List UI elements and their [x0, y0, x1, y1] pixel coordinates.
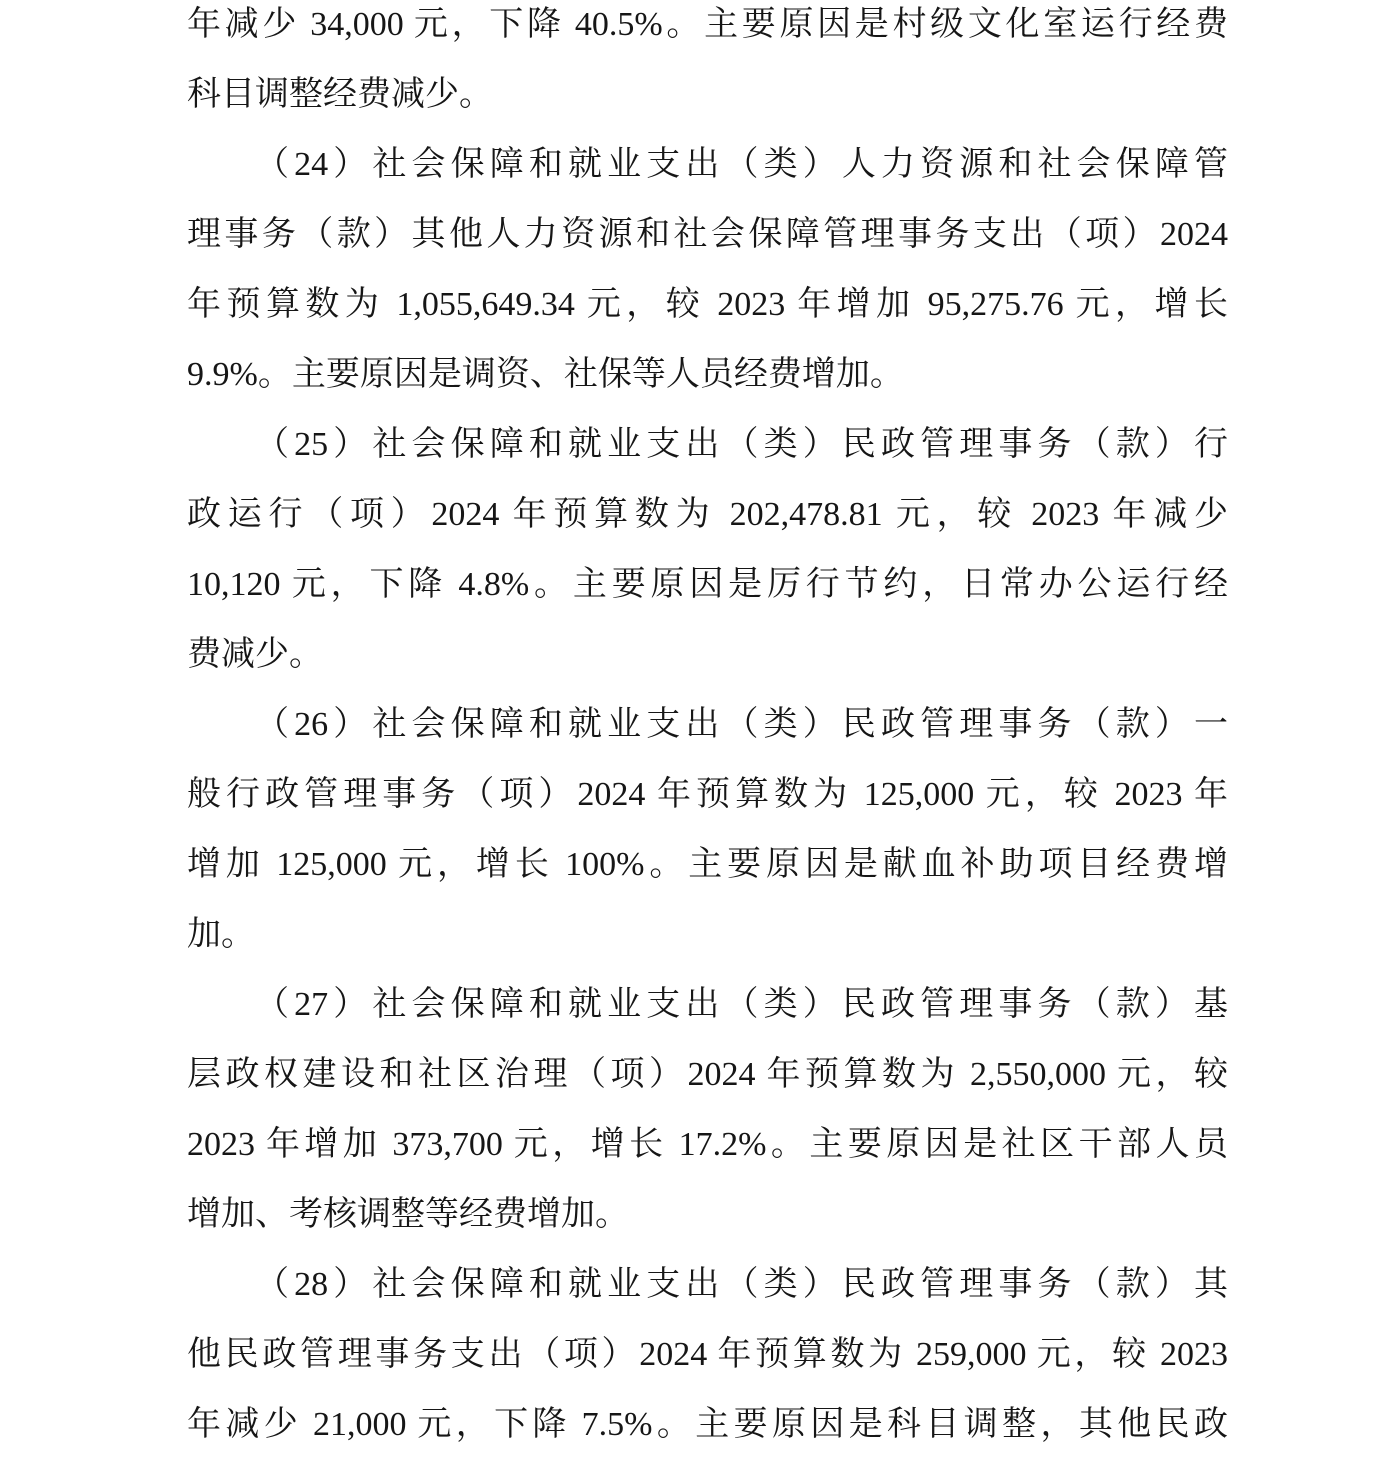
text-line: 10,120 元，下降 4.8%。主要原因是厉行节约，日常办公运行经: [187, 550, 1228, 620]
text-line: 他民政管理事务支出（项）2024 年预算数为 259,000 元，较 2023: [187, 1320, 1228, 1390]
text-line: 9.9%。主要原因是调资、社保等人员经费增加。: [187, 340, 1228, 410]
text-line: 加。: [187, 900, 1228, 970]
text-line: 年预算数为 1,055,649.34 元，较 2023 年增加 95,275.7…: [187, 270, 1228, 340]
text-line: 增加、考核调整等经费增加。: [187, 1180, 1228, 1250]
text-line: （26）社会保障和就业支出（类）民政管理事务（款）一: [187, 690, 1228, 760]
text-line: 2023 年增加 373,700 元，增长 17.2%。主要原因是社区干部人员: [187, 1110, 1228, 1180]
text-line: （28）社会保障和就业支出（类）民政管理事务（款）其: [187, 1250, 1228, 1320]
text-line: 增加 125,000 元，增长 100%。主要原因是献血补助项目经费增: [187, 830, 1228, 900]
text-line: 般行政管理事务（项）2024 年预算数为 125,000 元，较 2023 年: [187, 760, 1228, 830]
text-line: 年减少 21,000 元，下降 7.5%。主要原因是科目调整，其他民政: [187, 1390, 1228, 1458]
text-line: 科目调整经费减少。: [187, 60, 1228, 130]
text-line: （27）社会保障和就业支出（类）民政管理事务（款）基: [187, 970, 1228, 1040]
text-line: （24）社会保障和就业支出（类）人力资源和社会保障管: [187, 130, 1228, 200]
budget-text-block: 年减少 34,000 元，下降 40.5%。主要原因是村级文化室运行经费科目调整…: [187, 0, 1228, 1458]
text-line: 年减少 34,000 元，下降 40.5%。主要原因是村级文化室运行经费: [187, 0, 1228, 60]
text-line: （25）社会保障和就业支出（类）民政管理事务（款）行: [187, 410, 1228, 480]
text-line: 层政权建设和社区治理（项）2024 年预算数为 2,550,000 元，较: [187, 1040, 1228, 1110]
text-line: 政运行（项）2024 年预算数为 202,478.81 元，较 2023 年减少: [187, 480, 1228, 550]
document-page: 年减少 34,000 元，下降 40.5%。主要原因是村级文化室运行经费科目调整…: [0, 0, 1399, 1458]
text-line: 费减少。: [187, 620, 1228, 690]
text-line: 理事务（款）其他人力资源和社会保障管理事务支出（项）2024: [187, 200, 1228, 270]
